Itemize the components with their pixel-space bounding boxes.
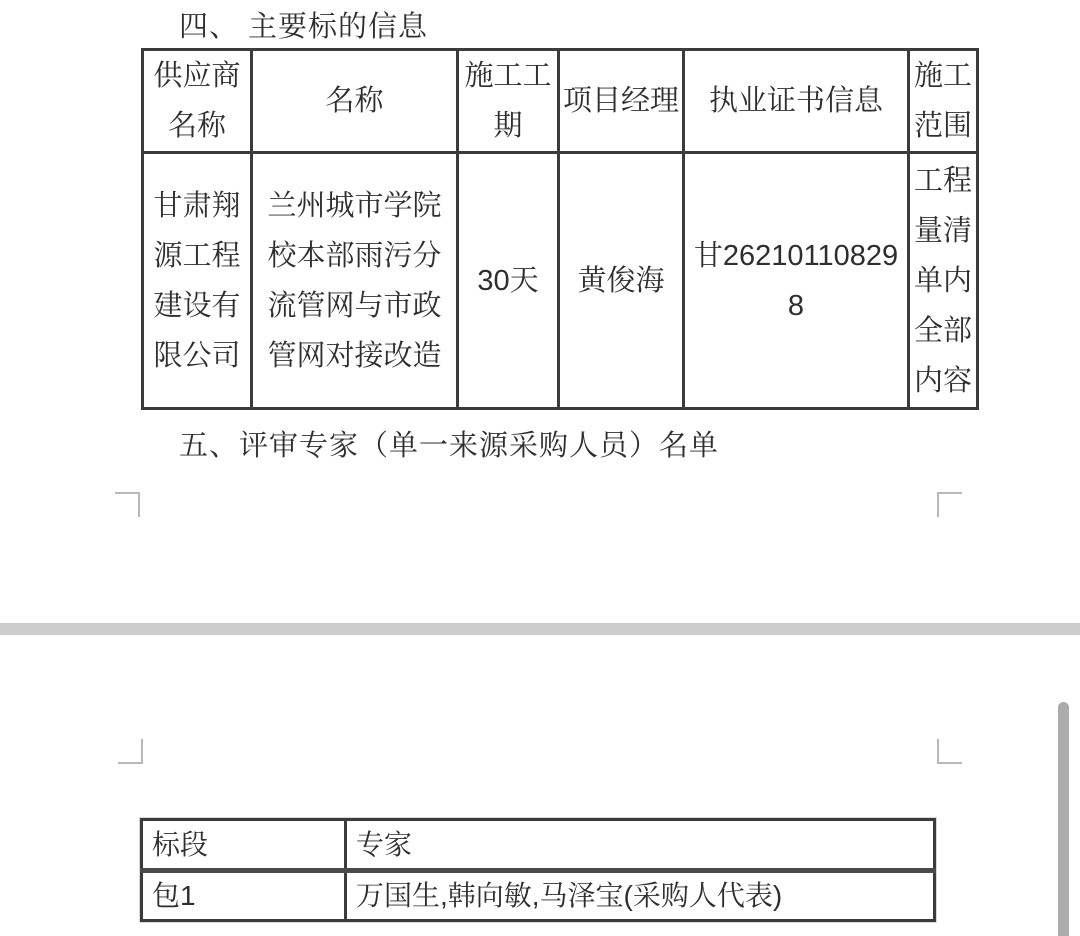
- table-header-row: 供应商名称 名称 施工工期 项目经理 执业证书信息 施工范围: [143, 50, 978, 153]
- table-row: 甘肃翔源工程建设有限公司 兰州城市学院校本部雨污分流管网与市政管网对接改造 30…: [143, 153, 978, 409]
- header-supplier-name: 供应商名称: [143, 50, 252, 153]
- header-experts: 专家: [346, 820, 935, 871]
- cell-construction-scope: 工程量清单内全部内容: [909, 153, 978, 409]
- page-gap-band: [0, 623, 1080, 635]
- cell-project-name: 兰州城市学院校本部雨污分流管网与市政管网对接改造: [252, 153, 458, 409]
- cell-construction-period: 30天: [458, 153, 559, 409]
- header-project-manager: 项目经理: [559, 50, 684, 153]
- experts-list-table: 标段 专家 包1 万国生,韩向敏,马泽宝(采购人代表): [140, 818, 936, 922]
- page1-bottom-right-margin-mark-icon: [937, 492, 962, 517]
- section-4-heading: 四、 主要标的信息: [179, 11, 428, 43]
- header-construction-scope: 施工范围: [909, 50, 978, 153]
- page1-bottom-left-margin-mark-icon: [115, 492, 140, 517]
- section-5-heading: 五、评审专家（单一来源采购人员）名单: [179, 430, 719, 462]
- cell-bid-section: 包1: [142, 871, 346, 921]
- header-certificate-info: 执业证书信息: [684, 50, 909, 153]
- cell-certificate-info: 甘262101108298: [684, 153, 909, 409]
- vertical-scrollbar-thumb[interactable]: [1058, 702, 1069, 936]
- experts-table-header-row: 标段 专家: [142, 820, 935, 871]
- header-project-name: 名称: [252, 50, 458, 153]
- experts-table-row: 包1 万国生,韩向敏,马泽宝(采购人代表): [142, 871, 935, 921]
- main-subject-info-table: 供应商名称 名称 施工工期 项目经理 执业证书信息 施工范围 甘肃翔源工程建设有…: [141, 48, 979, 410]
- cell-project-manager: 黄俊海: [559, 153, 684, 409]
- document-viewer: 四、 主要标的信息 供应商名称 名称 施工工期 项目经理 执业证书信息 施工范围…: [0, 0, 1080, 936]
- cell-supplier-name: 甘肃翔源工程建设有限公司: [143, 153, 252, 409]
- header-construction-period: 施工工期: [458, 50, 559, 153]
- page2-top-right-margin-mark-icon: [937, 739, 962, 764]
- page2-top-left-margin-mark-icon: [118, 739, 143, 764]
- header-bid-section: 标段: [142, 820, 346, 871]
- cell-experts: 万国生,韩向敏,马泽宝(采购人代表): [346, 871, 935, 921]
